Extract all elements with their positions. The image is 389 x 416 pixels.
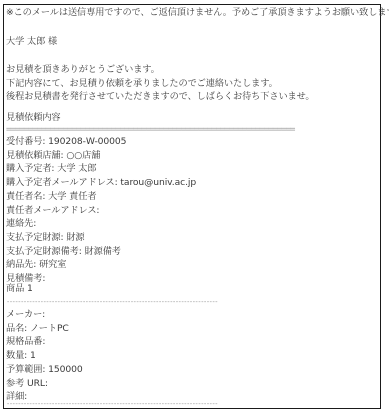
separator-double-line: ========================================… bbox=[6, 125, 302, 135]
recipient-salutation: 大学 太郎 様 bbox=[6, 36, 57, 48]
field-maker: メーカー: bbox=[6, 309, 45, 321]
field-model-number: 規格品番: bbox=[6, 336, 45, 348]
separator-dash-line-bottom: ----------------------------------------… bbox=[6, 400, 218, 408]
field-manager-email: 責任者メールアドレス: bbox=[6, 205, 99, 217]
product-title: 商品 1 bbox=[6, 283, 33, 295]
no-reply-notice: ※このメールは送信専用ですので、ご返信頂けません。予めご了承頂きますようお願い致… bbox=[6, 7, 389, 19]
field-contact: 連絡先: bbox=[6, 218, 36, 230]
field-product-name: 品名: ノートPC bbox=[6, 323, 69, 335]
field-quantity: 数量: 1 bbox=[6, 350, 36, 362]
separator-dash-line-top: ----------------------------------------… bbox=[6, 298, 218, 306]
field-purchaser-email: 購入予定者メールアドレス: tarou@univ.ac.jp bbox=[6, 177, 196, 189]
field-reference-url: 参考 URL: bbox=[6, 378, 48, 390]
field-reception-number: 受付番号: 190208-W-00005 bbox=[6, 136, 126, 148]
field-funding-source: 支払予定財源: 財源 bbox=[6, 232, 85, 244]
field-manager-name: 責任者名: 大学 責任者 bbox=[6, 191, 96, 203]
field-delivery-location: 納品先: 研究室 bbox=[6, 259, 66, 271]
field-purchaser: 購入予定者: 大学 太郎 bbox=[6, 163, 96, 175]
field-funding-notes: 支払予定財源備考: 財源備考 bbox=[6, 246, 121, 258]
wait-notice-line: 後程お見積書を発行させていただきますので、しばらくお待ち下さいませ。 bbox=[6, 91, 315, 103]
section-title-request: 見積依頼内容 bbox=[6, 112, 61, 124]
field-budget: 予算範囲: 150000 bbox=[6, 364, 83, 376]
confirmation-line: 下記内容にて、お見積り依頼を承りましたのでご連絡いたします。 bbox=[6, 78, 278, 90]
field-store: 見積依頼店舗: ○○店舗 bbox=[6, 150, 100, 162]
greeting-line: お見積を頂きありがとうございます。 bbox=[6, 64, 160, 76]
